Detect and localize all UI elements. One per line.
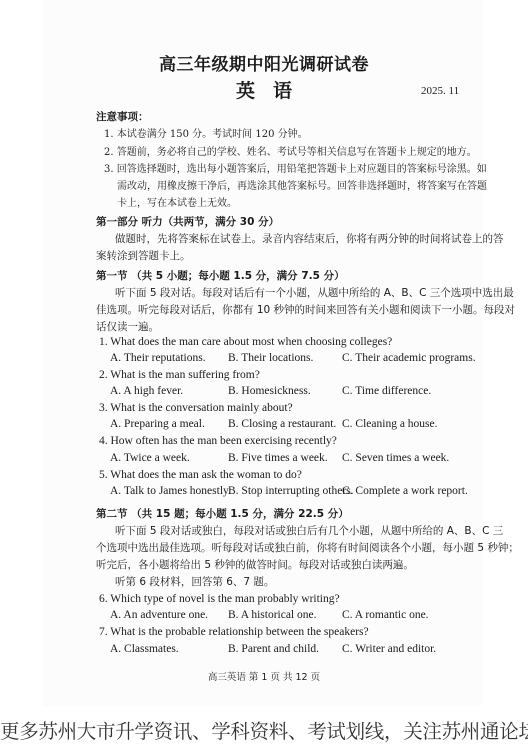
page-footer: 高三英语 第 1 页 共 12 页 [0,669,528,683]
notice-item-3-cont-1: 需改动，用橡皮擦干净后，再选涂其他答案标号。回答非选择题时，将答案写在答题 [117,177,487,192]
exam-title: 高三年级期中阳光调研试卷 [0,50,528,75]
section1-intro-line-2: 佳选项。听完每段对话后，你都有 10 秒钟的时间来回答有关小题和阅读下一小题。每… [96,302,515,317]
question-5: 5. What does the man ask the woman to do… [99,469,302,481]
q7-option-b: B. Parent and child. [228,643,319,655]
q3-option-c: C. Cleaning a house. [342,418,438,430]
q5-option-c: C. Complete a work report. [342,485,468,497]
exam-date: 2025. 11 [421,85,459,97]
q2-option-b: B. Homesickness. [228,385,311,397]
promo-banner: 更多苏州大市升学资讯、学科资料、考试划线，关注苏州通论坛 [0,716,528,744]
question-1: 1. What does the man care about most whe… [99,336,392,348]
q6-option-a: A. An adventure one. [110,609,208,621]
question-6: 6. Which type of novel is the man probab… [99,593,340,605]
question-4: 4. How often has the man been exercising… [99,435,337,447]
section2-intro-line-3: 听完后，各小题将给出 5 秒钟的做答时间。每段对话或独白读两遍。 [96,557,414,572]
q3-option-a: A. Preparing a meal. [110,418,205,430]
notice-item-3-cont-2: 卡上，写在本试卷上无效。 [117,194,237,209]
q6-option-b: B. A historical one. [228,609,316,621]
q4-option-a: A. Twice a week. [110,452,190,464]
q5-option-a: A. Talk to James honestly. [110,485,231,497]
q1-option-a: A. Their reputations. [110,352,206,364]
notice-item-3: 3. 回答选择题时，选出每小题答案后，用铅笔把答题卡上对应题目的答案标号涂黑。如 [104,160,487,175]
section1-intro-line-3: 话仅读一遍。 [96,319,159,334]
section1-heading: 第一节 （共 5 小题；每小题 1.5 分，满分 7.5 分） [96,268,345,283]
q2-option-c: C. Time difference. [342,385,431,397]
section2-intro-line-1: 听下面 5 段对话或独白，每段对话或独白后有几个小题，从题中所给的 A、B、C … [115,523,503,538]
q4-option-c: C. Seven times a week. [342,452,449,464]
part1-heading: 第一部分 听力（共两节，满分 30 分） [96,214,279,229]
question-7: 7. What is the probable relationship bet… [99,626,369,638]
q1-option-b: B. Their locations. [228,352,313,364]
subject-char-2: 语 [273,80,292,102]
question-2: 2. What is the man suffering from? [99,369,260,381]
q7-option-a: A. Classmates. [110,643,179,655]
section2-heading: 第二节 （共 15 题；每小题 1.5 分，满分 22.5 分） [96,506,349,521]
subject-char-1: 英 [236,80,255,102]
question-3: 3. What is the conversation mainly about… [99,402,293,414]
q5-option-b: B. Stop interrupting others. [228,485,354,497]
part1-intro-line-2: 案转涂到答题卡上。 [96,248,191,263]
section2-intro-line-2: 个选项中选出最佳选项。听每段对话或独白前，你将有时间阅读各个小题，每小题 5 秒… [96,540,519,555]
q3-option-b: B. Closing a restaurant. [228,418,336,430]
q2-option-a: A. A high fever. [110,385,183,397]
section1-intro-line-1: 听下面 5 段对话。每段对话后有一个小题，从题中所给的 A、B、C 三个选项中选… [115,285,514,300]
notice-item-2: 2. 答题前，务必将自己的学校、姓名、考试号等相关信息写在答题卡上规定的地方。 [104,143,477,158]
q6-option-c: C. A romantic one. [342,609,429,621]
notice-heading: 注意事项： [96,109,149,124]
q7-option-c: C. Writer and editor. [342,643,436,655]
q1-option-c: C. Their academic programs. [342,352,476,364]
q4-option-b: B. Five times a week. [228,452,328,464]
material-note: 听第 6 段材料，回答第 6、7 题。 [115,574,274,589]
notice-item-1: 1. 本试卷满分 150 分。考试时间 120 分钟。 [104,125,308,140]
part1-intro-line-1: 做题时，先将答案标在试卷上。录音内容结束后，你将有两分钟的时间将试卷上的答 [115,231,504,246]
